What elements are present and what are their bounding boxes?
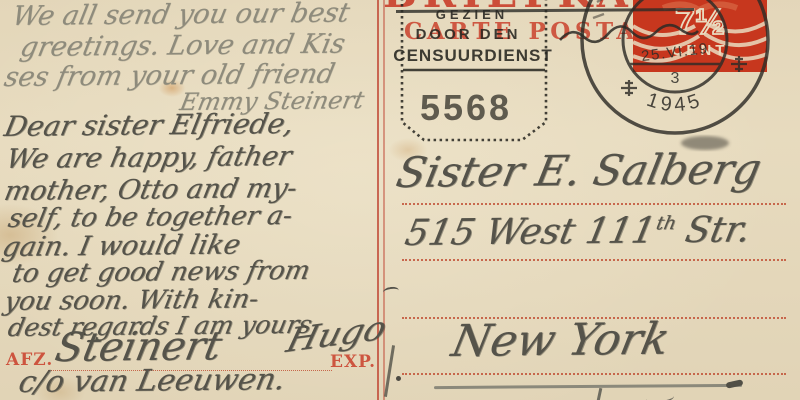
censor-line3: CENSUURDIENST bbox=[393, 46, 552, 65]
address-street: 515 West 111th Str. bbox=[402, 212, 753, 252]
message-line: Dear sister Elfriede, bbox=[2, 110, 296, 141]
sender-label-exp: EXP. bbox=[330, 354, 376, 371]
center-divider-line-2 bbox=[383, 0, 385, 400]
street-suffix: Str. bbox=[682, 209, 754, 251]
city-underline-stroke bbox=[434, 384, 742, 389]
address-recipient: Sister E. Salberg bbox=[393, 148, 765, 194]
address-guide-line-4 bbox=[402, 373, 786, 375]
address-guide-line-2 bbox=[402, 259, 786, 261]
message-line: greetings. Love and Kis bbox=[18, 31, 348, 61]
censor-line2: DOOR DEN bbox=[416, 26, 521, 43]
heading-scribble-mark bbox=[558, 22, 700, 48]
cutoff-handwriting-stroke bbox=[646, 391, 675, 400]
cutoff-handwriting-stroke bbox=[597, 388, 602, 400]
address-city: New York bbox=[448, 318, 673, 364]
censor-number: 5568 bbox=[420, 87, 512, 128]
street-ordinal: th bbox=[654, 213, 678, 234]
stray-signature-stroke bbox=[384, 345, 395, 397]
postmark-sorting-code: 3 bbox=[671, 70, 680, 87]
message-line: to get good news from bbox=[10, 258, 312, 287]
street-number: 515 West 111 bbox=[402, 210, 659, 254]
message-line: We are happy, father bbox=[4, 143, 294, 173]
postcard-scan: BRIEFKAART CARTE POSTALE AFZ. EXP. 7½ CE… bbox=[0, 0, 800, 400]
sender-surname: Steinert bbox=[52, 326, 225, 368]
stray-pencil-mark bbox=[382, 286, 399, 297]
sender-care-of-line: c/o van Leeuwen. bbox=[16, 365, 288, 398]
postmark-right-cross bbox=[731, 56, 747, 72]
postmark-left-cross bbox=[621, 80, 637, 96]
message-line: self, to be together a- bbox=[6, 203, 294, 232]
stray-pencil-dot bbox=[396, 376, 401, 381]
message-line: We all send you our best bbox=[10, 0, 352, 30]
city-underline-end-blob bbox=[726, 379, 744, 388]
censor-stamp: GEZIEN DOOR DEN CENSUURDIENST 5568 bbox=[394, 0, 554, 144]
